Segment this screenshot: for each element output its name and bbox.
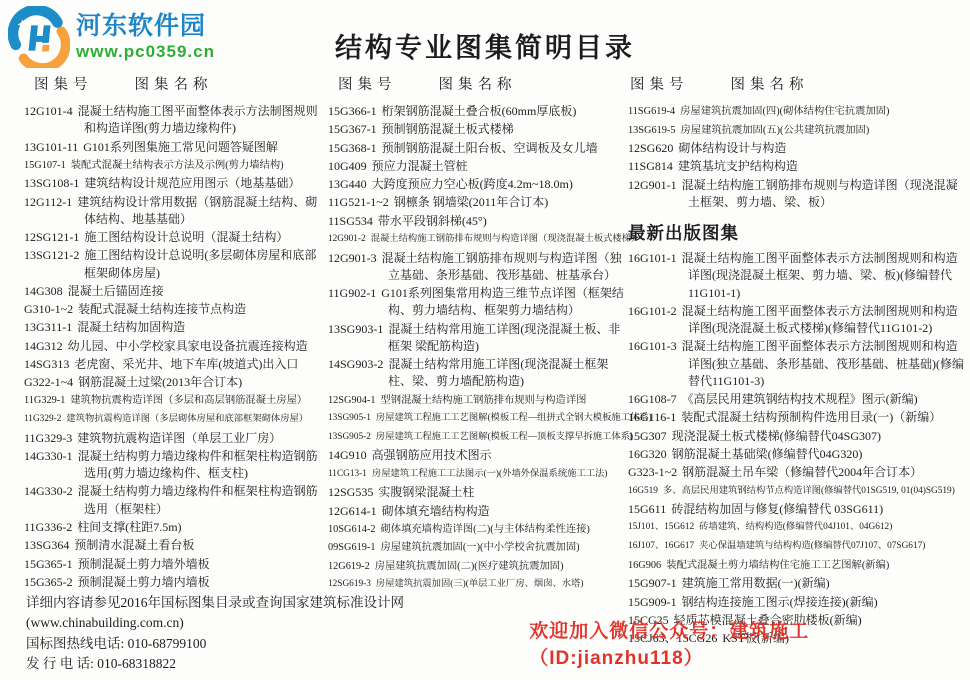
atlas-name: 房屋建筑工程施工工法图示(一)(外墙外保温系统施工工法) xyxy=(372,469,608,479)
catalog-entry: 16G320钢筋混凝土基础梁(修编替代04G320) xyxy=(628,446,968,463)
atlas-code: 16G101-2 xyxy=(628,304,677,318)
atlas-name: 建筑结构设计规范应用图示（地基基础） xyxy=(84,176,300,190)
column-header: 图集号 图集名称 xyxy=(338,73,624,94)
atlas-name: 钢筋混凝土过梁(2013年合订本) xyxy=(78,375,242,389)
catalog-entry: G323-1~2钢筋混凝土吊车梁（修编替代2004年合订本） xyxy=(628,464,968,481)
footer-distribution-phone: 发 行 电 话: 010-68318822 xyxy=(26,654,529,674)
atlas-name: 混凝土结构施工图平面整体表示方法制图规则和构造详图(现浇混凝土板式楼梯)(修编替… xyxy=(682,304,958,335)
catalog-entry: 13SG905-1房屋建筑工程施工工艺图解(模板工程—组拼式全钢大模板施工体系) xyxy=(328,410,624,428)
catalog-entry: 14G910高强钢筋应用技术图示 xyxy=(328,447,624,464)
atlas-name: 混凝土结构施工图平面整体表示方法制图规则和构造详图(剪力墙边缘构件) xyxy=(78,104,318,135)
atlas-code: 13SG905-2 xyxy=(328,432,371,442)
atlas-name: 建筑结构设计常用数据（钢筋混凝土结构、砌体结构、地基基础） xyxy=(77,195,317,226)
atlas-name: 装配式混凝土结构连接节点构造 xyxy=(78,302,246,316)
atlas-code: 12G614-1 xyxy=(328,504,377,518)
catalog-entry: 09SG619-1房屋建筑抗震加固(一)(中小学校舍抗震加固) xyxy=(328,539,624,557)
atlas-code: 15G107-1 xyxy=(24,160,66,171)
atlas-code: 14G330-1 xyxy=(24,449,73,463)
catalog-entry: 11SG534带水平段钢斜梯(45°) xyxy=(328,213,624,230)
atlas-code: 12G101-4 xyxy=(24,104,73,118)
atlas-name: 装配式混凝土结构表示方法及示例(剪力墙结构) xyxy=(71,160,284,171)
catalog-entry: 13SG903-1混凝土结构常用施工详图(现浇混凝土板、非框架 梁配筋构造) xyxy=(328,321,624,356)
atlas-code: 16G906 xyxy=(628,560,661,571)
atlas-name: 混凝土结构常用施工详图(现浇混凝土板、非框架 梁配筋构造) xyxy=(388,322,620,353)
atlas-code: 16G320 xyxy=(628,447,667,461)
atlas-name: 预制钢筋混凝土阳台板、空调板及女儿墙 xyxy=(382,141,598,155)
atlas-name: 带水平段钢斜梯(45°) xyxy=(378,214,487,228)
column-header: 图集号 图集名称 xyxy=(630,73,968,94)
catalog-entry: 15G366-1桁架钢筋混凝土叠合板(60mm厚底板) xyxy=(328,103,624,120)
atlas-code: 11G329-3 xyxy=(24,431,72,445)
catalog-entry: 13SG364预制清水混凝土看台板 xyxy=(24,537,324,554)
atlas-code: 13SG619-5 xyxy=(628,125,675,136)
atlas-name: 高强钢筋应用技术图示 xyxy=(372,448,492,462)
atlas-code: 14SG313 xyxy=(24,357,69,371)
atlas-name: 房屋建筑工程施工工艺图解(模板工程—组拼式全钢大模板施工体系) xyxy=(376,413,652,423)
atlas-name: 预应力混凝土管桩 xyxy=(372,159,468,173)
catalog-entry: 12SG535实腹钢梁混凝土柱 xyxy=(328,484,624,501)
atlas-name: G101系列图集施工常见问题答疑图解 xyxy=(83,140,278,154)
atlas-name: 混凝土结构施工钢筋排布规则与构造详图（现浇混凝土板式楼梯） xyxy=(371,234,641,244)
atlas-code: 15J101、15G612 xyxy=(628,522,694,532)
atlas-code: 15G366-1 xyxy=(328,104,377,118)
atlas-name: 混凝土结构施工图平面整体表示方法制图规则和构造详图(现浇混凝土框架、剪力墙、梁、… xyxy=(682,251,958,300)
atlas-code: 10SG614-2 xyxy=(328,524,375,535)
footer-contact-block: 详细内容请参见2016年国标图集目录或查询国家建筑标准设计网(www.china… xyxy=(26,593,529,674)
catalog-entry: 15G365-1预制混凝土剪力墙外墙板 xyxy=(24,556,324,573)
atlas-code: 09SG619-1 xyxy=(328,542,375,553)
column-1-entries: 12G101-4混凝土结构施工图平面整体表示方法制图规则和构造详图(剪力墙边缘构… xyxy=(24,103,324,591)
name-column-label: 图集名称 xyxy=(439,73,517,94)
catalog-entry: 11G329-1建筑物抗震构造详图（多层和高层钢筋混凝土房屋） xyxy=(24,392,324,410)
catalog-entry: 16G519多、高层民用建筑钢结构节点构造详图(修编替代01SG519, 01(… xyxy=(628,483,968,501)
catalog-entry: 15G307现浇混凝土板式楼梯(修编替代04SG307) xyxy=(628,428,968,445)
atlas-code: 11G336-2 xyxy=(24,520,72,534)
atlas-name: 预制钢筋混凝土板式楼梯 xyxy=(382,122,514,136)
code-column-label: 图集号 xyxy=(630,73,689,94)
atlas-name: 建筑施工常用数据(一)(新编) xyxy=(682,576,830,590)
catalog-entry: 13SG121-2施工图结构设计总说明(多层砌体房屋和底部框架砌体房屋) xyxy=(24,247,324,282)
catalog-column-2: 图集号 图集名称 15G366-1桁架钢筋混凝土叠合板(60mm厚底板)15G3… xyxy=(328,71,624,648)
catalog-entry: 16G101-1混凝土结构施工图平面整体表示方法制图规则和构造详图(现浇混凝土框… xyxy=(628,250,968,302)
catalog-entry: 13G311-1混凝土结构加固构造 xyxy=(24,319,324,336)
atlas-code: 15G368-1 xyxy=(328,141,377,155)
atlas-code: 15G907-1 xyxy=(628,576,677,590)
atlas-name: 混凝土结构常用施工详图(现浇混凝土框架柱、梁、剪力墙配筋构造) xyxy=(388,357,608,388)
atlas-name: 钢筋混凝土基础梁(修编替代04G320) xyxy=(672,447,863,461)
catalog-entry: 14G308混凝土后锚固连接 xyxy=(24,283,324,300)
catalog-entry: G310-1~2装配式混凝土结构连接节点构造 xyxy=(24,301,324,318)
catalog-entry: 15G367-1预制钢筋混凝土板式楼梯 xyxy=(328,121,624,138)
catalog-entry: 11CG13-1房屋建筑工程施工工法图示(一)(外墙外保温系统施工工法) xyxy=(328,466,624,484)
catalog-entry: 11G329-2建筑物抗震构造详图（多层砌体房屋和底部框架砌体房屋） xyxy=(24,411,324,429)
atlas-code: 14G312 xyxy=(24,339,63,353)
catalog-entry: 12G901-3混凝土结构施工钢筋排布规则与构造详图（独立基础、条形基础、筏形基… xyxy=(328,250,624,285)
catalog-entry: 16G906装配式混凝土剪力墙结构住宅施工工艺图解(新编) xyxy=(628,557,968,575)
atlas-code: 13SG905-1 xyxy=(328,413,371,423)
catalog-entry: 15J101、15G612砖墙建筑、结构构造(修编替代04J101、04G612… xyxy=(628,519,968,537)
catalog-entry: 11G521-1~2钢檩条 钢墙梁(2011年合订本) xyxy=(328,194,624,211)
atlas-code: 13G311-1 xyxy=(24,320,72,334)
column-2-entries: 15G366-1桁架钢筋混凝土叠合板(60mm厚底板)15G367-1预制钢筋混… xyxy=(328,103,624,594)
atlas-code: 14G330-2 xyxy=(24,484,73,498)
atlas-name: 建筑物抗震构造详图（多层砌体房屋和底部框架砌体房屋） xyxy=(66,414,308,424)
atlas-code: 11SG814 xyxy=(628,159,673,173)
atlas-name: 建筑物抗震构造详图（单层工业厂房） xyxy=(77,431,281,445)
atlas-code: 12G619-2 xyxy=(328,561,370,572)
catalog-entry: 12G619-2房屋建筑抗震加固(二)(医疗建筑抗震加固) xyxy=(328,558,624,576)
catalog-entry: 14G330-1混凝土结构剪力墙边缘构件和框架柱构造钢筋选用(剪力墙边缘构件、框… xyxy=(24,448,324,483)
catalog-entry: 11G902-1G101系列图集常用构造三维节点详图（框架结构、剪力墙结构、框架… xyxy=(328,285,624,320)
catalog-entry: 13G101-11G101系列图集施工常见问题答疑图解 xyxy=(24,139,324,156)
atlas-code: 12SG904-1 xyxy=(328,395,375,406)
atlas-code: 16G519 xyxy=(628,486,658,496)
footer-note: 详细内容请参见2016年国标图集目录或查询国家建筑标准设计网(www.china… xyxy=(26,593,529,634)
atlas-code: 15G307 xyxy=(628,429,667,443)
catalog-entry: 13SG619-5房屋建筑抗震加固(五)(公共建筑抗震加固) xyxy=(628,122,968,140)
catalog-entry: 16J107、16G617夹心保温墙建筑与结构构造(修编替代07J107、07S… xyxy=(628,538,968,556)
atlas-code: G323-1~2 xyxy=(628,465,677,479)
page-footer: 详细内容请参见2016年国标图集目录或查询国家建筑标准设计网(www.china… xyxy=(26,593,962,674)
atlas-name: 老虎窗、采光井、地下车库(坡道式)出入口 xyxy=(74,357,298,371)
atlas-name: 混凝土后锚固连接 xyxy=(68,284,164,298)
atlas-code: 10G409 xyxy=(328,159,367,173)
catalog-entry: 12G614-1砌体填充墙结构构造 xyxy=(328,503,624,520)
atlas-code: 16J107、16G617 xyxy=(628,541,694,551)
catalog-entry: 14SG313老虎窗、采光井、地下车库(坡道式)出入口 xyxy=(24,356,324,373)
atlas-name: 混凝土结构剪力墙边缘构件和框架柱构造钢筋选用（框架柱） xyxy=(78,484,318,515)
catalog-entry: 15G107-1装配式混凝土结构表示方法及示例(剪力墙结构) xyxy=(24,157,324,175)
atlas-name: 现浇混凝土板式楼梯(修编替代04SG307) xyxy=(672,429,881,443)
atlas-name: 大跨度预应力空心板(跨度4.2m~18.0m) xyxy=(372,177,573,191)
atlas-code: 16G108-7 xyxy=(628,392,677,406)
catalog-page: 河东软件园 www.pc0359.cn 结构专业图集简明目录 图集号 图集名称 … xyxy=(0,0,970,680)
atlas-code: 16G116-1 xyxy=(628,410,676,424)
atlas-code: 15G365-2 xyxy=(24,575,73,589)
catalog-entry: 12G901-1混凝土结构施工钢筋排布规则与构造详图（现浇混凝土框架、剪力墙、梁… xyxy=(628,177,968,212)
atlas-code: 11G521-1~2 xyxy=(328,195,389,209)
catalog-entry: 16G108-7《高层民用建筑钢结构技术规程》图示(新编) xyxy=(628,391,968,408)
atlas-code: 15G611 xyxy=(628,502,666,516)
atlas-code: 12G112-1 xyxy=(24,195,72,209)
atlas-code: 11G902-1 xyxy=(328,286,376,300)
wechat-banner: 欢迎加入微信公众号：建筑施工 （ID:jianzhu118） xyxy=(529,616,962,674)
atlas-name: 混凝土结构施工钢筋排布规则与构造详图（现浇混凝土框架、剪力墙、梁、板） xyxy=(682,178,958,209)
atlas-name: 混凝土结构施工图平面整体表示方法制图规则和构造详图(独立基础、条形基础、筏形基础… xyxy=(682,339,964,388)
atlas-code: 15G367-1 xyxy=(328,122,377,136)
atlas-code: 13SG108-1 xyxy=(24,176,79,190)
atlas-name: 多、高层民用建筑钢结构节点构造详图(修编替代01SG519, 01(04)SG5… xyxy=(663,486,955,496)
atlas-code: 14G308 xyxy=(24,284,63,298)
catalog-entry: G322-1~4钢筋混凝土过梁(2013年合订本) xyxy=(24,374,324,391)
atlas-code: 16G101-1 xyxy=(628,251,677,265)
atlas-code: 12SG121-1 xyxy=(24,230,79,244)
column-3-entries: 11SG619-4房屋建筑抗震加固(四)(砌体结构住宅抗震加固)13SG619-… xyxy=(628,103,968,647)
atlas-code: 12SG535 xyxy=(328,485,373,499)
atlas-name: 混凝土结构剪力墙边缘构件和框架柱构造钢筋选用(剪力墙边缘构件、框支柱) xyxy=(78,449,318,480)
atlas-name: 混凝土结构施工钢筋排布规则与构造详图（独立基础、条形基础、筏形基础、桩基承台） xyxy=(382,251,622,282)
catalog-entry: 11G329-3建筑物抗震构造详图（单层工业厂房） xyxy=(24,430,324,447)
atlas-name: 施工图结构设计总说明(多层砌体房屋和底部框架砌体房屋) xyxy=(84,248,316,279)
atlas-name: 装配式混凝土剪力墙结构住宅施工工艺图解(新编) xyxy=(666,560,889,571)
atlas-code: 11SG534 xyxy=(328,214,373,228)
column-header: 图集号 图集名称 xyxy=(34,73,324,94)
catalog-entry: 12SG619-3房屋建筑抗震加固(三)(单层工业厂房、烟囱、水塔) xyxy=(328,576,624,594)
code-column-label: 图集号 xyxy=(338,73,397,94)
atlas-code: 12SG619-3 xyxy=(328,579,371,589)
atlas-name: 砌体填充墙构造详图(二)(与主体结构柔性连接) xyxy=(380,524,589,535)
atlas-code: 13SG121-2 xyxy=(24,248,79,262)
atlas-code: G322-1~4 xyxy=(24,375,73,389)
atlas-name: 幼儿园、中小学校家具家电设备抗震连接构造 xyxy=(68,339,308,353)
catalog-entry: 13G440大跨度预应力空心板(跨度4.2m~18.0m) xyxy=(328,176,624,193)
catalog-entry: 12SG121-1施工图结构设计总说明（混凝土结构） xyxy=(24,229,324,246)
site-watermark: 河东软件园 www.pc0359.cn xyxy=(8,6,215,68)
atlas-name: 砖墙建筑、结构构造(修编替代04J101、04G612) xyxy=(699,522,892,532)
atlas-name: 建筑物抗震构造详图（多层和高层钢筋混凝土房屋） xyxy=(70,395,307,406)
catalog-entry: 15G365-2预制混凝土剪力墙内墙板 xyxy=(24,574,324,591)
atlas-name: 夹心保温墙建筑与结构构造(修编替代07J107、07SG617) xyxy=(699,541,925,551)
atlas-name: 房屋建筑抗震加固(一)(中小学校舍抗震加固) xyxy=(380,542,579,553)
atlas-code: 13G440 xyxy=(328,177,367,191)
atlas-code: G310-1~2 xyxy=(24,302,73,316)
catalog-entry: 11SG814建筑基坑支护结构构造 xyxy=(628,158,968,175)
atlas-name: 混凝土结构加固构造 xyxy=(77,320,185,334)
name-column-label: 图集名称 xyxy=(135,73,213,94)
atlas-name: 预制混凝土剪力墙外墙板 xyxy=(78,557,210,571)
catalog-entry: 12SG620砌体结构设计与构造 xyxy=(628,140,968,157)
atlas-code: 14G910 xyxy=(328,448,367,462)
catalog-entry: 15G907-1建筑施工常用数据(一)(新编) xyxy=(628,575,968,592)
catalog-entry: 16G101-2混凝土结构施工图平面整体表示方法制图规则和构造详图(现浇混凝土板… xyxy=(628,303,968,338)
atlas-code: 13G101-11 xyxy=(24,140,78,154)
atlas-code: 14SG903-2 xyxy=(328,357,383,371)
atlas-name: 钢筋混凝土吊车梁（修编替代2004年合订本） xyxy=(682,465,922,479)
footer-hotline: 国标图热线电话: 010-68799100 xyxy=(26,634,529,654)
atlas-code: 11CG13-1 xyxy=(328,469,367,479)
atlas-name: 砖混结构加固与修复(修编替代 03SG611) xyxy=(671,502,883,516)
atlas-code: 15G365-1 xyxy=(24,557,73,571)
catalog-entry: 14G312幼儿园、中小学校家具家电设备抗震连接构造 xyxy=(24,338,324,355)
atlas-name: 房屋建筑抗震加固(二)(医疗建筑抗震加固) xyxy=(375,561,564,572)
catalog-entry: 14G330-2混凝土结构剪力墙边缘构件和框架柱构造钢筋选用（框架柱） xyxy=(24,483,324,518)
catalog-entry: 11G336-2柱间支撑(柱距7.5m) xyxy=(24,519,324,536)
atlas-name: 《高层民用建筑钢结构技术规程》图示(新编) xyxy=(682,392,918,406)
atlas-code: 16G101-3 xyxy=(628,339,677,353)
atlas-name: 房屋建筑工程施工工艺图解(模板工程—顶板支撑早拆施工体系) xyxy=(376,432,633,442)
catalog-columns: 图集号 图集名称 12G101-4混凝土结构施工图平面整体表示方法制图规则和构造… xyxy=(0,71,970,648)
atlas-name: 钢檩条 钢墙梁(2011年合订本) xyxy=(394,195,549,209)
code-column-label: 图集号 xyxy=(34,73,93,94)
atlas-name: 柱间支撑(柱距7.5m) xyxy=(77,520,181,534)
atlas-code: 11G329-2 xyxy=(24,414,61,424)
atlas-name: 砌体填充墙结构构造 xyxy=(382,504,490,518)
atlas-name: 建筑基坑支护结构构造 xyxy=(678,159,798,173)
atlas-code: 11G329-1 xyxy=(24,395,65,406)
atlas-name: 房屋建筑抗震加固(五)(公共建筑抗震加固) xyxy=(680,125,869,136)
hedong-software-logo-icon xyxy=(8,6,70,68)
atlas-name: 房屋建筑抗震加固(三)(单层工业厂房、烟囱、水塔) xyxy=(376,579,584,589)
atlas-code: 12G901-3 xyxy=(328,251,377,265)
atlas-code: 13SG903-1 xyxy=(328,322,383,336)
site-name: 河东软件园 xyxy=(76,13,215,39)
atlas-name: 施工图结构设计总说明（混凝土结构） xyxy=(84,230,288,244)
catalog-entry: 16G101-3混凝土结构施工图平面整体表示方法制图规则和构造详图(独立基础、条… xyxy=(628,338,968,390)
new-publications-heading: 最新出版图集 xyxy=(628,220,968,245)
atlas-name: 桁架钢筋混凝土叠合板(60mm厚底板) xyxy=(382,104,577,118)
atlas-code: 11SG619-4 xyxy=(628,106,675,117)
catalog-column-1: 图集号 图集名称 12G101-4混凝土结构施工图平面整体表示方法制图规则和构造… xyxy=(24,71,324,648)
atlas-name: 砌体结构设计与构造 xyxy=(678,141,786,155)
catalog-entry: 13SG108-1建筑结构设计规范应用图示（地基基础） xyxy=(24,175,324,192)
catalog-entry: 11SG619-4房屋建筑抗震加固(四)(砌体结构住宅抗震加固) xyxy=(628,103,968,121)
catalog-entry: 15G368-1预制钢筋混凝土阳台板、空调板及女儿墙 xyxy=(328,140,624,157)
atlas-name: 实腹钢梁混凝土柱 xyxy=(378,485,474,499)
catalog-entry: 16G116-1装配式混凝土结构预制构件选用目录(一)（新编） xyxy=(628,409,968,426)
atlas-code: 12G901-2 xyxy=(328,234,366,244)
atlas-name: 装配式混凝土结构预制构件选用目录(一)（新编） xyxy=(681,410,941,424)
catalog-column-3: 图集号 图集名称 11SG619-4房屋建筑抗震加固(四)(砌体结构住宅抗震加固… xyxy=(628,71,968,648)
catalog-entry: 10SG614-2砌体填充墙构造详图(二)(与主体结构柔性连接) xyxy=(328,521,624,539)
atlas-name: 房屋建筑抗震加固(四)(砌体结构住宅抗震加固) xyxy=(680,106,889,117)
catalog-entry: 15G611砖混结构加固与修复(修编替代 03SG611) xyxy=(628,501,968,518)
catalog-entry: 10G409预应力混凝土管桩 xyxy=(328,158,624,175)
catalog-entry: 12SG904-1型钢混凝土结构施工钢筋排布规则与构造详图 xyxy=(328,392,624,410)
site-url: www.pc0359.cn xyxy=(76,43,215,61)
catalog-entry: 14SG903-2混凝土结构常用施工详图(现浇混凝土框架柱、梁、剪力墙配筋构造) xyxy=(328,356,624,391)
catalog-entry: 12G901-2混凝土结构施工钢筋排布规则与构造详图（现浇混凝土板式楼梯） xyxy=(328,231,624,249)
name-column-label: 图集名称 xyxy=(731,73,809,94)
catalog-entry: 12G101-4混凝土结构施工图平面整体表示方法制图规则和构造详图(剪力墙边缘构… xyxy=(24,103,324,138)
atlas-code: 13SG364 xyxy=(24,538,69,552)
atlas-name: 预制清水混凝土看台板 xyxy=(74,538,194,552)
atlas-code: 12G901-1 xyxy=(628,178,677,192)
catalog-entry: 13SG905-2房屋建筑工程施工工艺图解(模板工程—顶板支撑早拆施工体系) xyxy=(328,429,624,447)
atlas-name: 型钢混凝土结构施工钢筋排布规则与构造详图 xyxy=(380,395,586,406)
catalog-entry: 12G112-1建筑结构设计常用数据（钢筋混凝土结构、砌体结构、地基基础） xyxy=(24,194,324,229)
atlas-name: G101系列图集常用构造三维节点详图（框架结构、剪力墙结构、框架剪力墙结构） xyxy=(381,286,624,317)
atlas-code: 12SG620 xyxy=(628,141,673,155)
atlas-name: 预制混凝土剪力墙内墙板 xyxy=(78,575,210,589)
